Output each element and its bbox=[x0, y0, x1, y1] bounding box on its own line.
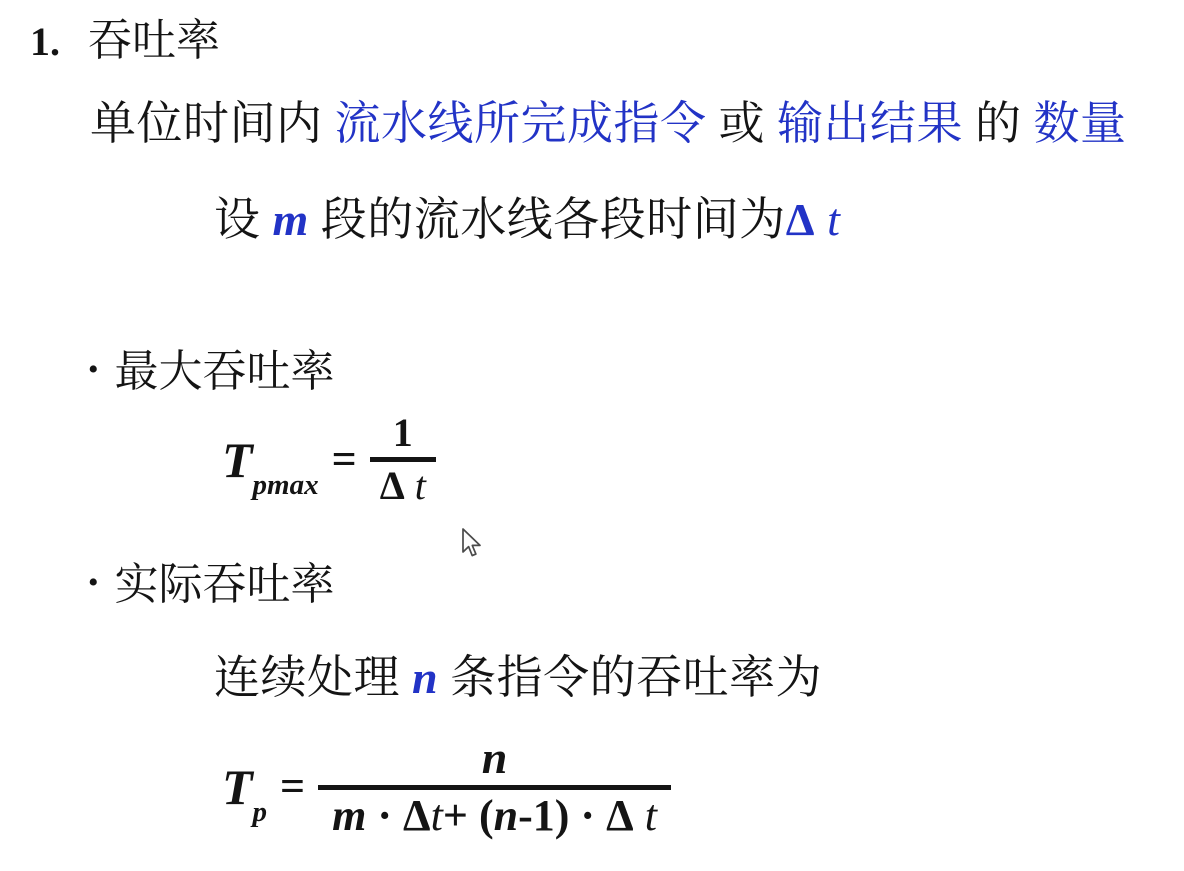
intro-seg-blue-3: 数量 bbox=[1034, 98, 1127, 149]
formula-max-lhs: Tpmax bbox=[222, 435, 319, 485]
var-n: n bbox=[412, 652, 438, 703]
intro-seg-black-1: 单位时间内 bbox=[90, 98, 335, 149]
fraction-actual-numerator: n bbox=[472, 734, 518, 782]
formula-actual-subscript: p bbox=[253, 796, 268, 828]
var-t: t bbox=[405, 463, 426, 508]
formula-max-subscript: pmax bbox=[253, 469, 319, 501]
formula-max-throughput: Tpmax = 1 Δ t bbox=[222, 412, 436, 507]
bullet-actual-throughput: •实际吞吐率 bbox=[88, 559, 335, 612]
formula-max-T: T bbox=[222, 432, 253, 488]
setup-line: 设 m 段的流水线各段时间为Δ t bbox=[214, 192, 840, 247]
setup-seg-2: 段的流水线各段时间为 bbox=[309, 194, 786, 245]
intro-seg-black-3: 的 bbox=[963, 98, 1034, 149]
intro-line: 单位时间内 流水线所完成指令 或 输出结果 的 数量 bbox=[90, 96, 1127, 151]
intro-seg-blue-2: 输出结果 bbox=[777, 98, 963, 149]
multiply-dot: · bbox=[366, 791, 403, 840]
fraction-actual: n m · Δt+ (n-1) · Δ t bbox=[318, 734, 671, 839]
delta-symbol: Δ bbox=[380, 463, 405, 508]
var-t: t bbox=[815, 194, 840, 245]
slide: 1. 吞吐率 单位时间内 流水线所完成指令 或 输出结果 的 数量 设 m 段的… bbox=[0, 0, 1184, 871]
var-m: m bbox=[332, 791, 366, 840]
title-text: 吞吐率 bbox=[88, 4, 220, 68]
fraction-bar bbox=[370, 457, 436, 462]
multiply-dot: · bbox=[569, 791, 606, 840]
bullet-max-throughput: •最大吞吐率 bbox=[88, 346, 335, 399]
var-m: m bbox=[273, 194, 309, 245]
title-number: 1. bbox=[30, 18, 60, 65]
bullet-max-label: 最大吞吐率 bbox=[115, 347, 335, 396]
bullet-icon: • bbox=[88, 566, 99, 599]
equals-sign: = bbox=[280, 765, 305, 809]
var-n: n bbox=[494, 791, 518, 840]
page-title: 1. 吞吐率 bbox=[30, 4, 220, 68]
mouse-cursor-icon bbox=[460, 527, 486, 563]
fraction-max-denominator: Δ t bbox=[370, 465, 436, 507]
var-t: t bbox=[634, 791, 657, 840]
plus-paren: + ( bbox=[443, 791, 494, 840]
bullet-icon: • bbox=[88, 353, 99, 386]
equals-sign: = bbox=[332, 438, 357, 482]
setup-seg-1: 设 bbox=[214, 194, 273, 245]
fraction-actual-denominator: m · Δt+ (n-1) · Δ t bbox=[318, 793, 671, 839]
bullet-actual-label: 实际吞吐率 bbox=[115, 560, 335, 609]
formula-actual-throughput: Tp = n m · Δt+ (n-1) · Δ t bbox=[222, 734, 671, 839]
fraction-bar bbox=[318, 785, 671, 790]
fraction-max-numerator: 1 bbox=[383, 412, 423, 454]
var-t: t bbox=[431, 791, 443, 840]
delta-symbol: Δ bbox=[606, 791, 634, 840]
intro-seg-blue-1: 流水线所完成指令 bbox=[335, 98, 707, 149]
minus-one-paren: -1) bbox=[518, 791, 569, 840]
delta-symbol: Δ bbox=[786, 194, 815, 245]
delta-symbol: Δ bbox=[403, 791, 431, 840]
formula-actual-lhs: Tp bbox=[222, 762, 267, 812]
formula-actual-T: T bbox=[222, 759, 253, 815]
actual-line: 连续处理 n 条指令的吞吐率为 bbox=[214, 650, 822, 705]
intro-seg-black-2: 或 bbox=[707, 98, 778, 149]
actual-seg-1: 连续处理 bbox=[214, 652, 412, 703]
fraction-max: 1 Δ t bbox=[370, 412, 436, 507]
actual-seg-2: 条指令的吞吐率为 bbox=[438, 652, 822, 703]
